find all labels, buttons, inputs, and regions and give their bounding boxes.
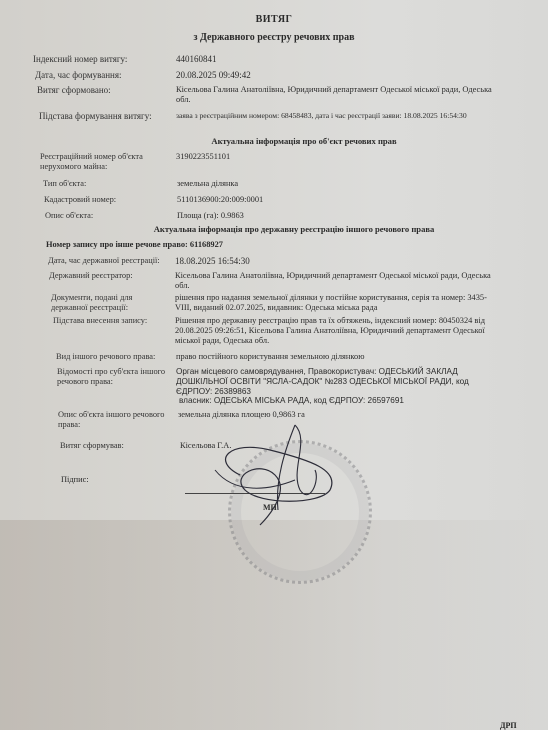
field-label: Витяг сформовано: — [37, 85, 111, 95]
field-label: Опис об'єкта іншого речового права: — [58, 410, 174, 430]
record-number: Номер запису про інше речове право: 6116… — [46, 240, 223, 250]
footer-corner-mark: ДРП — [500, 721, 517, 730]
field-label: Вид іншого речового права: — [56, 352, 155, 362]
field-label: Підстава внесення запису: — [53, 316, 147, 326]
field-label: Державний реєстратор: — [49, 271, 133, 281]
extract-document: ВИТЯГ з Державного реєстру речових прав … — [0, 0, 548, 730]
field-label: Реєстраційний номер об'єкта нерухомого м… — [40, 152, 165, 172]
field-value: Орган місцевого самоврядування, Правокор… — [176, 367, 502, 397]
signature-label: Підпис: — [61, 475, 89, 485]
field-value: 3190223551101 — [176, 152, 230, 162]
field-label: Витяг сформував: — [60, 441, 124, 451]
field-value: заява з реєстраційним номером: 68458483,… — [176, 111, 504, 121]
document-subtitle: з Державного реєстру речових прав — [0, 32, 548, 43]
field-label: Кадастровий номер: — [44, 195, 116, 205]
field-label: Тип об'єкта: — [43, 179, 86, 189]
stamp-place-label: МП — [263, 503, 277, 512]
field-label: Документи, подані для державної реєстрац… — [51, 293, 161, 313]
field-value: земельна ділянка площею 0,9863 га — [178, 410, 305, 420]
field-value: власник: ОДЕСЬКА МІСЬКА РАДА, код ЄДРПОУ… — [179, 396, 404, 406]
field-label: Дата, час формування: — [35, 70, 122, 80]
document-title: ВИТЯГ — [0, 14, 548, 25]
handwritten-signature — [200, 420, 350, 530]
field-value: Рішення про державну реєстрацію прав та … — [175, 316, 501, 346]
field-value: Кісельова Галина Анатоліївна, Юридичний … — [176, 85, 496, 105]
field-value: 20.08.2025 09:49:42 — [176, 70, 251, 80]
field-value: 18.08.2025 16:54:30 — [175, 256, 250, 266]
field-label: Опис об'єкта: — [45, 211, 93, 221]
field-label: Дата, час державної реєстрації: — [48, 256, 160, 266]
field-value: земельна ділянка — [177, 179, 238, 189]
field-value: Кісельова Галина Анатоліївна, Юридичний … — [175, 271, 495, 291]
field-value: право постійного користування земельною … — [176, 352, 364, 362]
field-label: Індексний номер витягу: — [33, 54, 127, 64]
field-value: рішення про надання земельної ділянки у … — [175, 293, 499, 313]
field-label: Відомості про суб'єкта іншого речового п… — [57, 367, 173, 387]
field-label: Підстава формування витягу: — [39, 111, 152, 121]
field-value: 5110136900:20:009:0001 — [177, 195, 263, 205]
field-value: Площа (га): 0.9863 — [177, 211, 244, 221]
field-value: 440160841 — [176, 54, 217, 64]
section-heading-other-right: Актуальна інформація про державну реєстр… — [0, 224, 548, 234]
section-heading-object: Актуальна інформація про об'єкт речових … — [0, 136, 548, 146]
